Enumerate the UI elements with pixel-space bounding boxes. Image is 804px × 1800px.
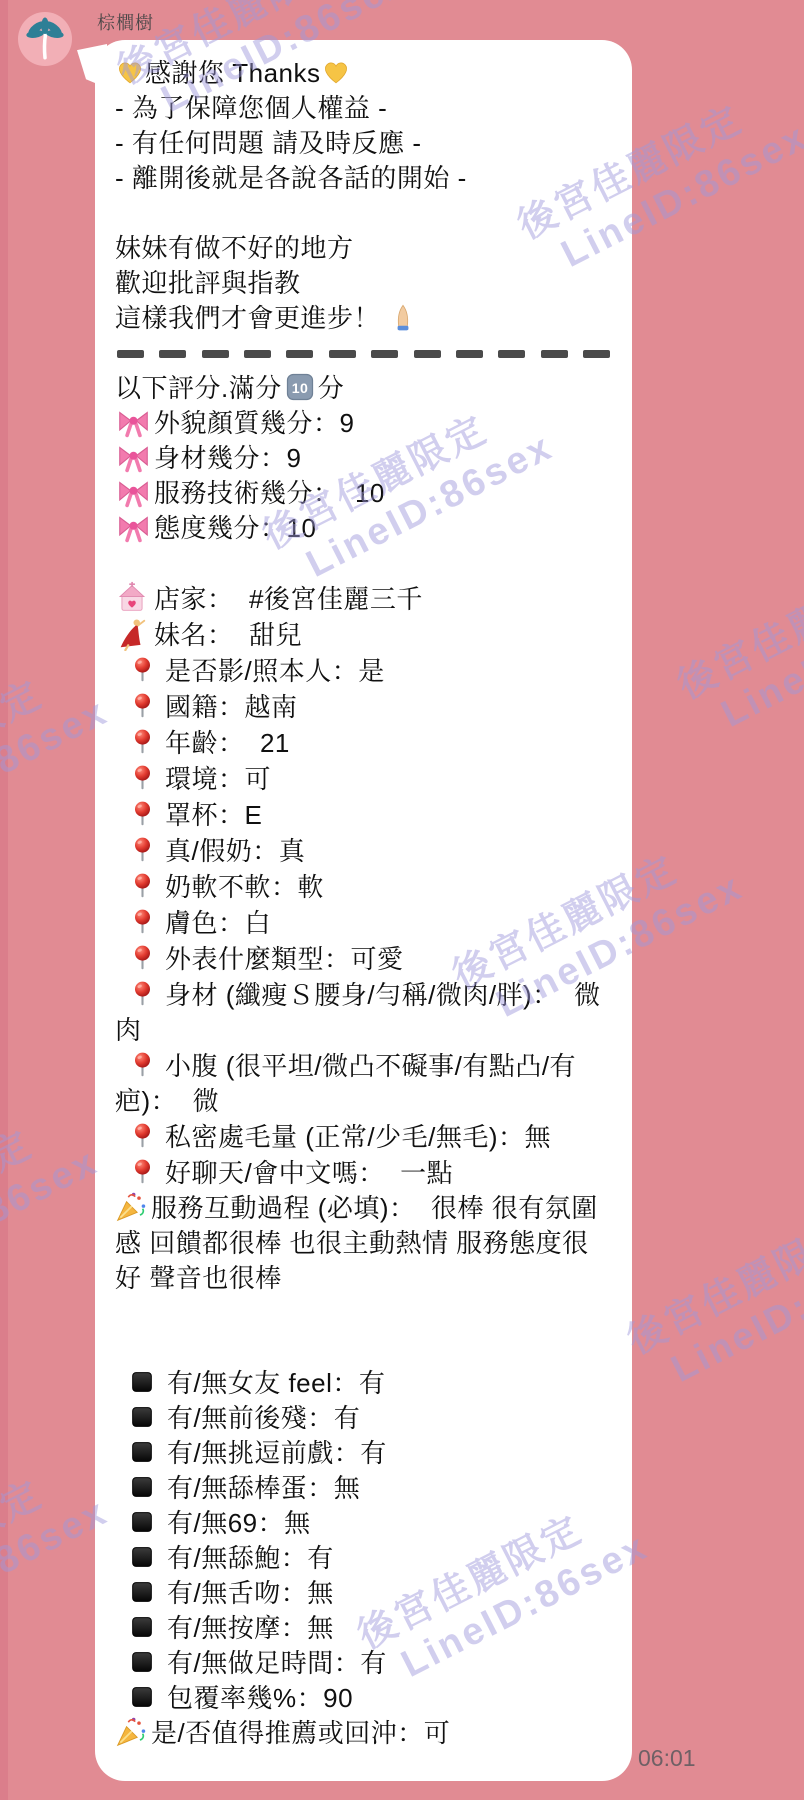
message-text: 外貌顏質幾分：9 <box>154 408 354 438</box>
message-text: 妹名： 甜兒 <box>154 620 302 650</box>
blank-line <box>115 1296 612 1331</box>
pin-icon <box>115 1122 165 1152</box>
black-square-icon <box>115 1368 167 1398</box>
pin-icon <box>115 764 165 794</box>
message-line: 小腹 (很平坦/微凸不礙事/有點凸/有疤)： 微 <box>115 1048 612 1119</box>
message-line: 有/無舔棒蛋：無 <box>115 1471 612 1506</box>
dash <box>286 350 313 358</box>
separator-line <box>115 336 612 371</box>
dash <box>117 350 144 358</box>
black-square-icon <box>115 1578 167 1608</box>
message-text: 有/無按摩：無 <box>167 1613 334 1643</box>
message-line: 有/無前後殘：有 <box>115 1401 612 1436</box>
message-line: 感謝您 Thanks <box>115 56 612 91</box>
message-timestamp: 06:01 <box>638 1745 696 1772</box>
blank-line <box>115 196 612 231</box>
message-line: 歡迎批評與指教 <box>115 266 612 301</box>
screen-edge <box>0 0 8 1800</box>
message-text: 服務互動過程 (必填)： 很棒 很有氛圍感 回饋都很棒 也很主動熱情 服務態度很… <box>115 1193 598 1293</box>
watermark-id: LineID:86sex <box>664 1230 804 1393</box>
message-line: 罩杯：E <box>115 797 612 833</box>
pin-icon <box>115 836 165 866</box>
message-line: 這樣我們才會更進步！ <box>115 301 612 336</box>
pin-icon <box>115 944 165 974</box>
message-text: 私密處毛量 (正常/少毛/無毛)：無 <box>165 1122 551 1152</box>
message-text: 外表什麼類型：可愛 <box>165 944 404 974</box>
message-line: 有/無女友 feel：有 <box>115 1366 612 1401</box>
message-line: 妹名： 甜兒 <box>115 617 612 653</box>
message-line: 妹妹有做不好的地方 <box>115 231 612 266</box>
message-text: 環境：可 <box>165 764 271 794</box>
bow-icon <box>115 513 154 543</box>
message-text: 好聊天/會中文嗎： 一點 <box>165 1158 453 1188</box>
pin-icon <box>115 872 165 902</box>
message-text: 罩杯：E <box>165 800 262 830</box>
dash <box>456 350 483 358</box>
message-line: 私密處毛量 (正常/少毛/無毛)：無 <box>115 1119 612 1155</box>
message-text: 是/否值得推薦或回沖：可 <box>151 1718 450 1748</box>
dash <box>583 350 610 358</box>
pin-icon <box>115 656 165 686</box>
message-text: - 為了保障您個人權益 - <box>115 93 387 123</box>
black-square-icon <box>115 1438 167 1468</box>
black-square-icon <box>115 1403 167 1433</box>
watermark-text: 後宮佳麗限定 <box>621 1213 804 1362</box>
message-line: 奶軟不軟：軟 <box>115 869 612 905</box>
message-text: 是否影/照本人：是 <box>165 656 385 686</box>
message-line: - 有任何問題 請及時反應 - <box>115 126 612 161</box>
dash <box>498 350 525 358</box>
message-text: - 有任何問題 請及時反應 - <box>115 128 422 158</box>
message-text: 身材幾分：9 <box>154 443 301 473</box>
pray-icon <box>380 303 418 333</box>
message-text: 膚色：白 <box>165 908 271 938</box>
black-square-icon <box>115 1613 167 1643</box>
chat-screen: 棕櫚樹 感謝您 Thanks- 為了保障您個人權益 -- 有任何問題 請及時反應… <box>0 0 804 1800</box>
pin-icon <box>115 1051 165 1081</box>
church-icon <box>115 584 154 614</box>
message-line: 服務互動過程 (必填)： 很棒 很有氛圍感 回饋都很棒 也很主動熱情 服務態度很… <box>115 1191 612 1296</box>
message-text: 包覆率幾%：90 <box>167 1683 353 1713</box>
message-text: 感謝您 Thanks <box>145 58 321 88</box>
message-text: 妹妹有做不好的地方 <box>115 233 354 263</box>
message-line: 環境：可 <box>115 761 612 797</box>
message-text: 身材 (纖瘦Ｓ腰身/勻稱/微肉/胖)： 微肉 <box>115 980 601 1045</box>
message-line: 有/無舌吻：無 <box>115 1576 612 1611</box>
dash <box>202 350 229 358</box>
pin-icon <box>115 800 165 830</box>
message-line: 年齡： 21 <box>115 725 612 761</box>
pin-icon <box>115 1158 165 1188</box>
message-text: 有/無挑逗前戲：有 <box>167 1438 387 1468</box>
message-text: 國籍：越南 <box>165 692 298 722</box>
watermark-id: LineID:86sex <box>714 575 804 738</box>
dash <box>541 350 568 358</box>
message-line: 有/無舔鮑：有 <box>115 1541 612 1576</box>
message-text: 有/無做足時間：有 <box>167 1648 387 1678</box>
confetti-icon <box>115 1718 151 1748</box>
message-bubble[interactable]: 感謝您 Thanks- 為了保障您個人權益 -- 有任何問題 請及時反應 -- … <box>95 40 632 1781</box>
keycap-ten-icon <box>282 373 318 403</box>
message-line: 好聊天/會中文嗎： 一點 <box>115 1155 612 1191</box>
message-line: - 離開後就是各說各話的開始 - <box>115 161 612 196</box>
message-line: 店家： #後宮佳麗三千 <box>115 581 612 617</box>
dash <box>244 350 271 358</box>
watermark-id: LineID:86sex <box>0 1140 106 1303</box>
message-text: 有/無舔棒蛋：無 <box>167 1473 360 1503</box>
contact-name: 棕櫚樹 <box>97 9 154 35</box>
message-line: 是否影/照本人：是 <box>115 653 612 689</box>
palm-tree-icon <box>23 17 67 61</box>
yellow-heart-icon <box>115 58 145 88</box>
message-line: 有/無挑逗前戲：有 <box>115 1436 612 1471</box>
message-text: 年齡： 21 <box>165 728 290 758</box>
message-line: 外貌顏質幾分：9 <box>115 406 612 441</box>
pin-icon <box>115 692 165 722</box>
message-text: 歡迎批評與指教 <box>115 268 301 298</box>
message-line: 有/無做足時間：有 <box>115 1646 612 1681</box>
message-line: 態度幾分：10 <box>115 511 612 546</box>
dash <box>159 350 186 358</box>
watermark: 後宮佳麗限定LineID:86sex <box>621 1190 804 1404</box>
message-line: 國籍：越南 <box>115 689 612 725</box>
message-text: 以下評分.滿分 <box>115 373 282 403</box>
bow-icon <box>115 478 154 508</box>
watermark: 後宮佳麗限定LineID:86sex <box>0 1100 106 1314</box>
message-text: 小腹 (很平坦/微凸不礙事/有點凸/有疤)： 微 <box>115 1051 576 1116</box>
message-text: 有/無舔鮑：有 <box>167 1543 334 1573</box>
message-line: 是/否值得推薦或回沖：可 <box>115 1716 612 1751</box>
blank-line <box>115 546 612 581</box>
message-text: 這樣我們才會更進步！ <box>115 303 380 333</box>
watermark-text: 後宮佳麗限定 <box>671 558 804 707</box>
message-line: 以下評分.滿分分 <box>115 371 612 406</box>
black-square-icon <box>115 1508 167 1538</box>
black-square-icon <box>115 1473 167 1503</box>
yellow-heart-icon <box>321 58 351 88</box>
message-line: 有/無69：無 <box>115 1506 612 1541</box>
message-text: 服務技術幾分： 10 <box>154 478 385 508</box>
bow-icon <box>115 443 154 473</box>
message-text: 有/無女友 feel：有 <box>167 1368 385 1398</box>
watermark: 後宮佳麗限定LineID:86sex <box>671 535 804 749</box>
message-text: 有/無舌吻：無 <box>167 1578 334 1608</box>
dash <box>414 350 441 358</box>
bow-icon <box>115 408 154 438</box>
pin-icon <box>115 908 165 938</box>
message-text: 態度幾分：10 <box>154 513 316 543</box>
confetti-icon <box>115 1193 151 1223</box>
message-text: 店家： #後宮佳麗三千 <box>154 584 423 614</box>
message-line: 身材幾分：9 <box>115 441 612 476</box>
dash <box>329 350 356 358</box>
dancer-icon <box>115 620 154 650</box>
message-text: 分 <box>318 373 345 403</box>
message-text: - 離開後就是各說各話的開始 - <box>115 163 467 193</box>
message-content: 感謝您 Thanks- 為了保障您個人權益 -- 有任何問題 請及時反應 -- … <box>115 56 612 1751</box>
message-text: 真/假奶：真 <box>165 836 305 866</box>
message-line: 有/無按摩：無 <box>115 1611 612 1646</box>
pin-icon <box>115 728 165 758</box>
message-text: 有/無69：無 <box>167 1508 311 1538</box>
message-text: 奶軟不軟：軟 <box>165 872 324 902</box>
black-square-icon <box>115 1683 167 1713</box>
avatar[interactable] <box>18 12 72 66</box>
black-square-icon <box>115 1543 167 1573</box>
message-text: 有/無前後殘：有 <box>167 1403 360 1433</box>
black-square-icon <box>115 1648 167 1678</box>
message-line: 包覆率幾%：90 <box>115 1681 612 1716</box>
message-line: 外表什麼類型：可愛 <box>115 941 612 977</box>
pin-icon <box>115 980 165 1010</box>
message-line: 膚色：白 <box>115 905 612 941</box>
message-line: 身材 (纖瘦Ｓ腰身/勻稱/微肉/胖)： 微肉 <box>115 977 612 1048</box>
blank-line <box>115 1331 612 1366</box>
message-line: 服務技術幾分： 10 <box>115 476 612 511</box>
dash <box>371 350 398 358</box>
message-line: - 為了保障您個人權益 - <box>115 91 612 126</box>
message-line: 真/假奶：真 <box>115 833 612 869</box>
